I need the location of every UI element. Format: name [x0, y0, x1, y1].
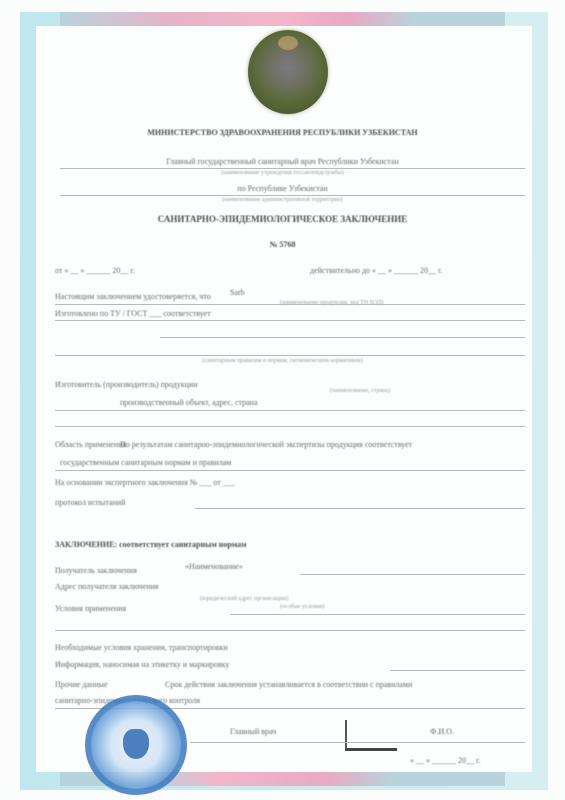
- standard-note: (санитарным правилам и нормам, гигиениче…: [40, 358, 525, 364]
- divider: [390, 670, 525, 671]
- basis-text-line2: протокол испытаний: [55, 498, 125, 507]
- producer-note: (наименование, страна): [330, 388, 390, 394]
- state-emblem-icon: [248, 30, 328, 114]
- product-value: Sarb: [230, 288, 245, 297]
- label-info: Информация, наносимая на этикетку и марк…: [55, 660, 229, 669]
- divider: [190, 742, 525, 743]
- other-value: Срок действия заключения устанавливается…: [165, 680, 412, 689]
- document-number: № 5768: [40, 240, 525, 249]
- divider: [230, 614, 525, 615]
- address-note: (юридический адрес организации): [200, 596, 288, 602]
- standard-label: Изготовлено по ТУ / ГОСТ ___ соответству…: [55, 309, 211, 318]
- divider: [300, 574, 525, 575]
- signature-name: Ф.И.О.: [430, 727, 454, 736]
- issuer-name: Главный государственный санитарный врач …: [40, 157, 525, 166]
- footer-date: « __ » ______ 20__ г.: [410, 756, 480, 765]
- storage-conditions: Необходимые условия хранения, транспорти…: [55, 643, 228, 652]
- conditions-label: Условия применения: [55, 604, 126, 613]
- official-stamp-icon: [85, 695, 187, 795]
- divider: [160, 337, 525, 338]
- divider: [55, 470, 525, 471]
- issuer-city: по Республике Узбекистан: [40, 184, 525, 193]
- product-label: Настоящим заключением удостоверяется, чт…: [55, 292, 211, 301]
- divider: [55, 355, 525, 356]
- decorative-band-top: [60, 12, 505, 26]
- divider: [55, 304, 525, 305]
- document-title: САНИТАРНО-ЭПИДЕМИОЛОГИЧЕСКОЕ ЗАКЛЮЧЕНИЕ: [40, 214, 525, 224]
- signature-label: Главный врач: [230, 727, 276, 736]
- divider: [60, 195, 525, 196]
- issuer-city-note: (наименование административной территори…: [40, 197, 525, 203]
- producer-label: Изготовитель (производитель) продукции: [55, 380, 197, 389]
- date-issued: от « __ » ______ 20__ г.: [55, 266, 135, 275]
- product-note: (наименование продукции, код ТН ВЭД): [280, 300, 383, 306]
- applicant-label: Получатель заключения: [55, 566, 137, 575]
- applicant-value: «Наименование»: [185, 562, 243, 571]
- signature-mark: [345, 720, 397, 751]
- divider: [55, 320, 525, 321]
- address-label: Адрес получателя заключения: [55, 582, 158, 591]
- divider: [195, 508, 525, 509]
- issuer-note: (наименование учреждения госсанэпидслужб…: [40, 170, 525, 176]
- divider: [55, 426, 525, 427]
- purpose-value-line2: государственным санитарным нормам и прав…: [60, 458, 231, 467]
- date-valid-until: действительно до « __ » ______ 20__ г.: [310, 266, 442, 275]
- conclusion-heading: ЗАКЛЮЧЕНИЕ: соответствует санитарным нор…: [55, 540, 247, 549]
- basis-text: На основании экспертного заключения № __…: [55, 478, 235, 487]
- divider: [60, 168, 525, 169]
- conditions-value: (особые условия): [280, 604, 325, 610]
- purpose-value: По результатам санитарно-эпидемиологичес…: [120, 440, 412, 449]
- other-label: Прочие данные: [55, 680, 108, 689]
- producer-value: производственный объект, адрес, страна: [120, 398, 258, 407]
- divider: [55, 630, 525, 631]
- ministry-heading: МИНИСТЕРСТВО ЗДРАВООХРАНЕНИЯ РЕСПУБЛИКИ …: [40, 128, 525, 137]
- divider: [55, 410, 525, 411]
- purpose-label: Область применения: [55, 440, 126, 449]
